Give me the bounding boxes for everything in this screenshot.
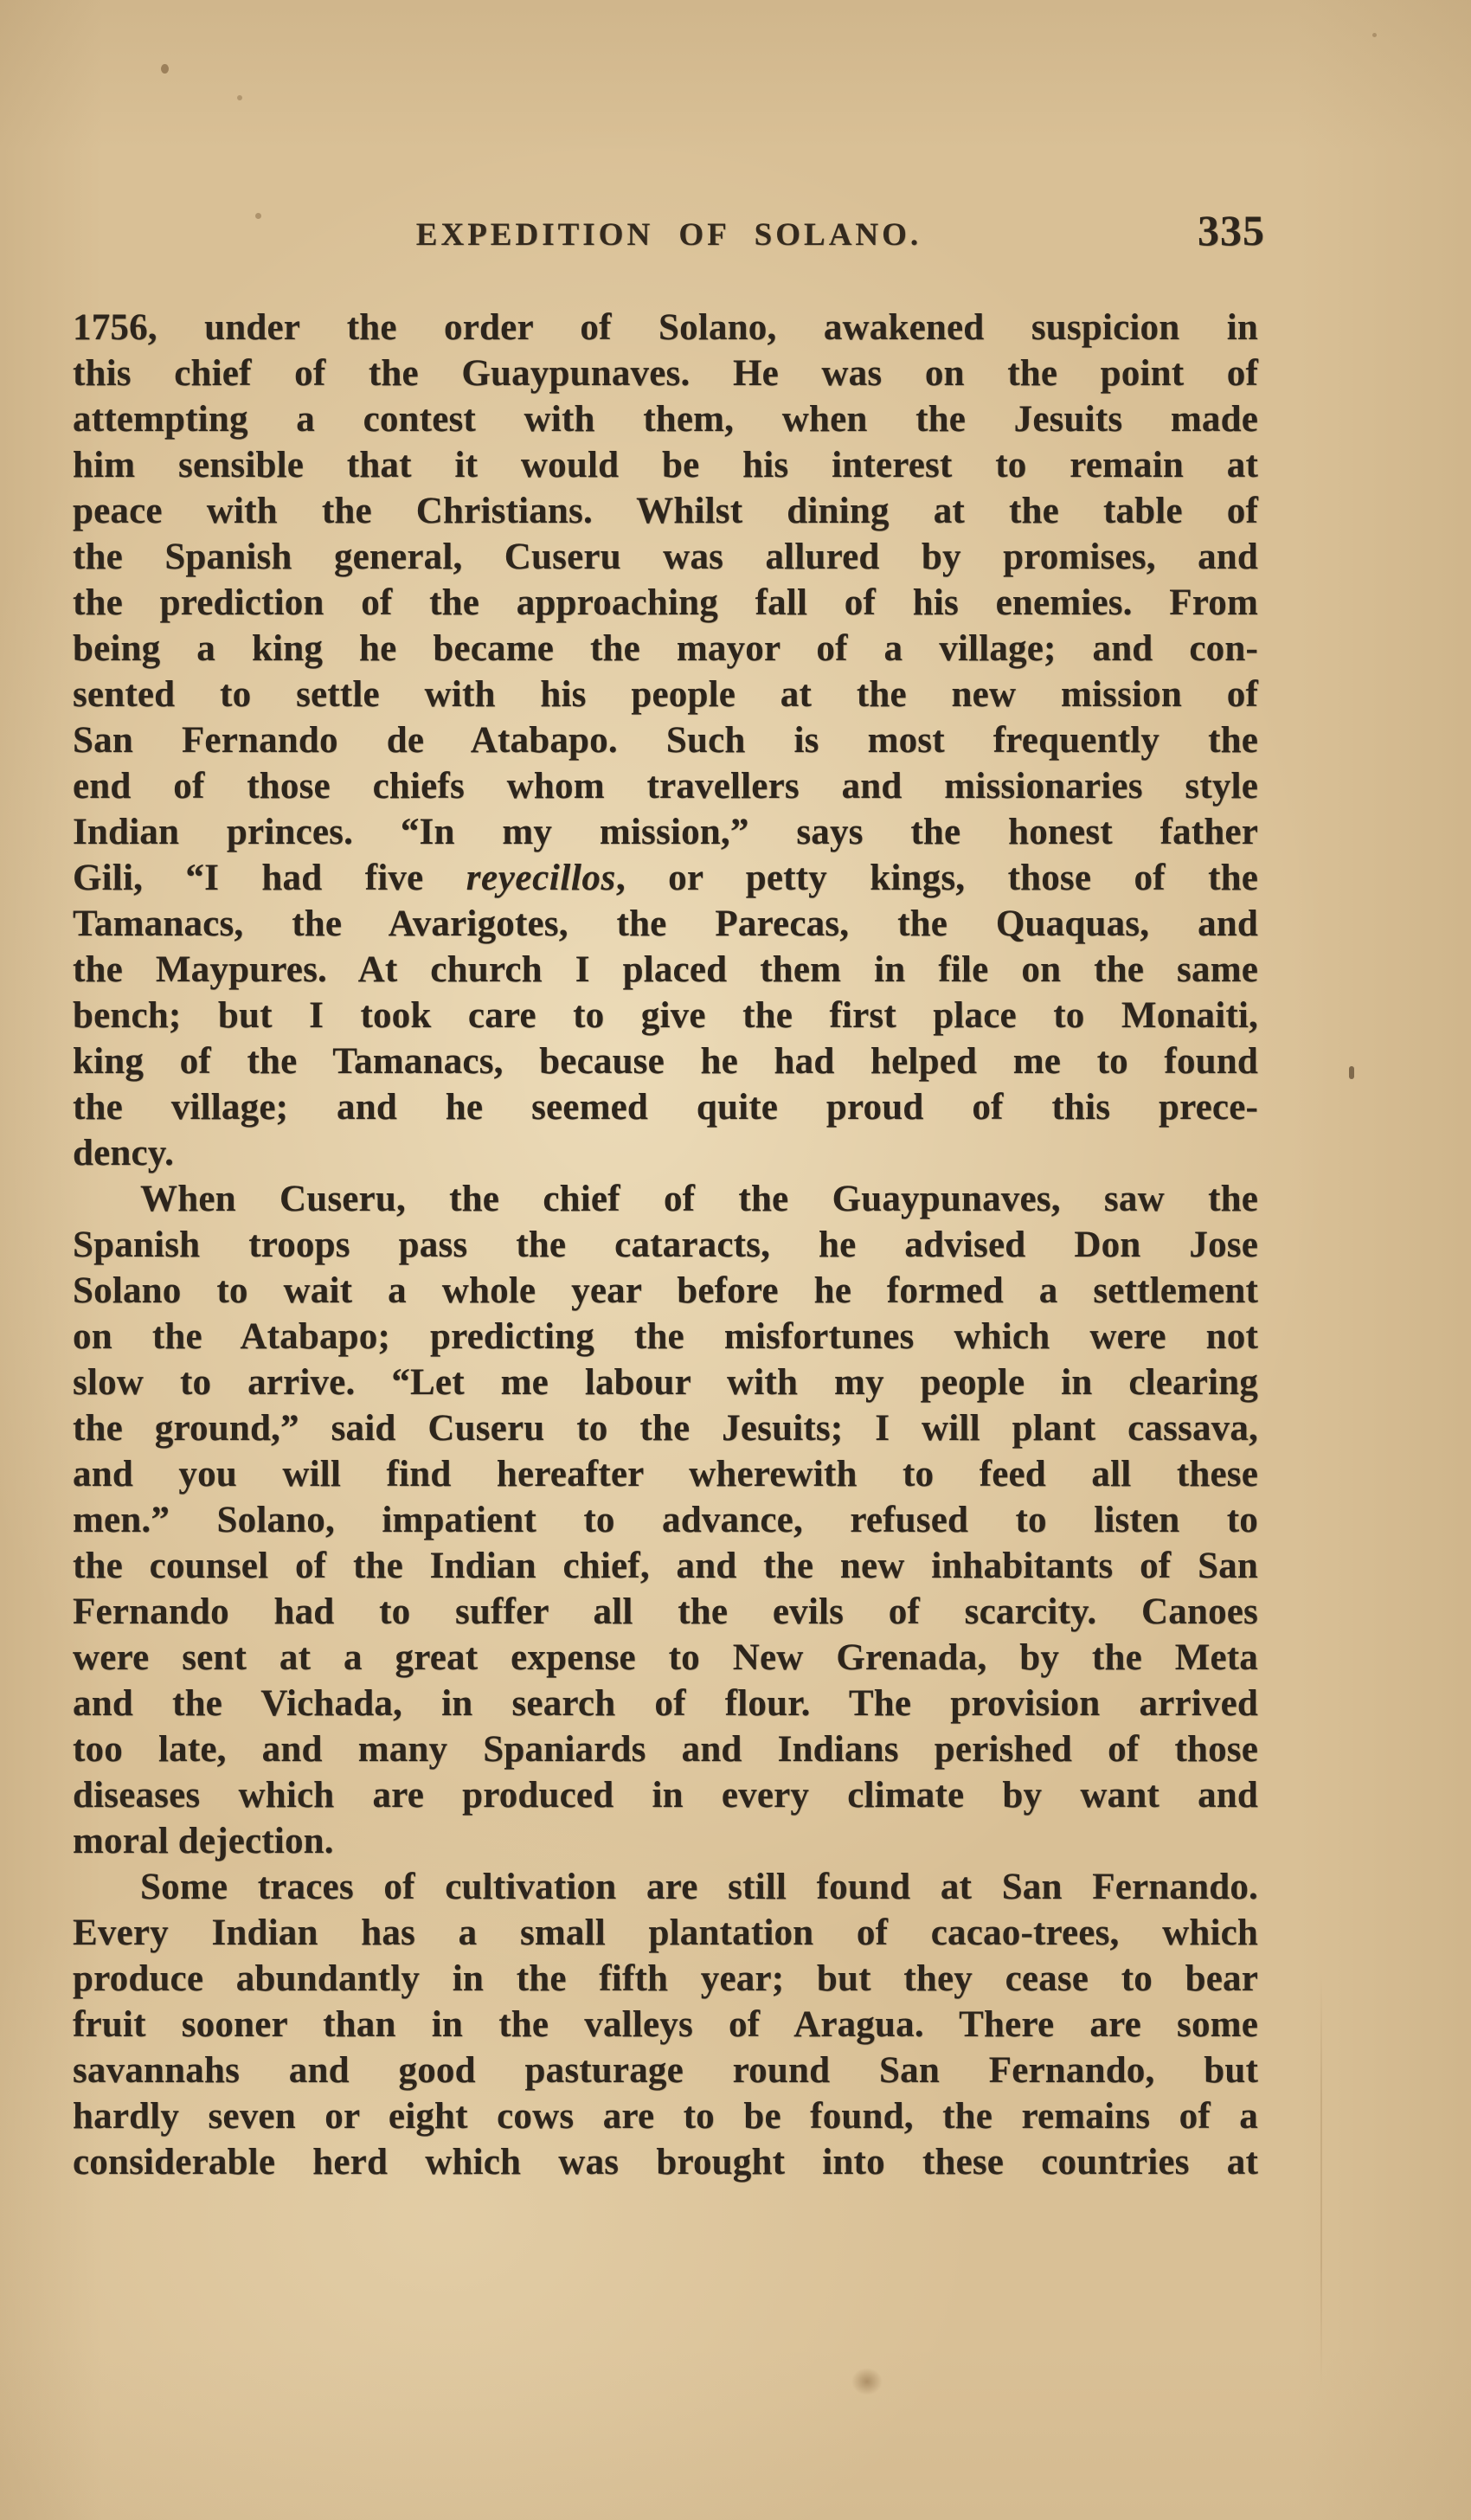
- text-line: the village; and he seemed quite proud o…: [73, 1084, 1258, 1130]
- text-line: end of those chiefs whom travellers and …: [73, 763, 1258, 809]
- text-line: fruit sooner than in the valleys of Arag…: [73, 2002, 1258, 2047]
- text-line: too late, and many Spaniards and Indians…: [73, 1726, 1258, 1772]
- paragraph: Some traces of cultivation are still fou…: [73, 1864, 1258, 2185]
- paper-speck: [161, 64, 169, 74]
- text-line: being a king he became the mayor of a vi…: [73, 626, 1258, 672]
- text-line: attempting a contest with them, when the…: [73, 396, 1258, 442]
- paper-speck: [255, 213, 261, 219]
- text-line: sented to settle with his people at the …: [73, 672, 1258, 717]
- text-line: bench; but I took care to give the first…: [73, 993, 1258, 1038]
- text-line: the Spanish general, Cuseru was allured …: [73, 534, 1258, 580]
- text-line: the prediction of the approaching fall o…: [73, 580, 1258, 626]
- text-line: this chief of the Guaypunaves. He was on…: [73, 350, 1258, 396]
- text-line: Tamanacs, the Avarigotes, the Parecas, t…: [73, 901, 1258, 947]
- text-line: men.” Solano, impatient to advance, refu…: [73, 1497, 1258, 1543]
- text-line: dency.: [73, 1130, 1258, 1176]
- text-line: 1756, under the order of Solano, awakene…: [73, 305, 1258, 350]
- text-line: savannahs and good pasturage round San F…: [73, 2047, 1258, 2093]
- text-line: produce abundantly in the fifth year; bu…: [73, 1956, 1258, 2002]
- text-line: Solano to wait a whole year before he fo…: [73, 1268, 1258, 1314]
- text-line: considerable herd which was brought into…: [73, 2139, 1258, 2185]
- paper-speck: [1349, 1066, 1354, 1079]
- text-line: Indian princes. “In my mission,” says th…: [73, 809, 1258, 855]
- text-line: and the Vichada, in search of flour. The…: [73, 1681, 1258, 1726]
- text-line: the Maypures. At church I placed them in…: [73, 947, 1258, 993]
- text-line: were sent at a great expense to New Gren…: [73, 1635, 1258, 1681]
- text-line: the ground,” said Cuseru to the Jesuits;…: [73, 1405, 1258, 1451]
- text-line: peace with the Christians. Whilst dining…: [73, 488, 1258, 534]
- page-body: 1756, under the order of Solano, awakene…: [73, 305, 1258, 2185]
- text-line: and you will find hereafter wherewith to…: [73, 1451, 1258, 1497]
- text-line: Fernando had to suffer all the evils of …: [73, 1589, 1258, 1635]
- paper-speck: [1372, 33, 1377, 37]
- text-line: hardly seven or eight cows are to be fou…: [73, 2093, 1258, 2139]
- paper-speck: [237, 95, 242, 100]
- text-line: Some traces of cultivation are still fou…: [73, 1864, 1258, 1910]
- text-line: Spanish troops pass the cataracts, he ad…: [73, 1222, 1258, 1268]
- text-line: king of the Tamanacs, because he had hel…: [73, 1038, 1258, 1084]
- text-line: him sensible that it would be his intere…: [73, 442, 1258, 488]
- text-line: the counsel of the Indian chief, and the…: [73, 1543, 1258, 1589]
- text-line: moral dejection.: [73, 1818, 1258, 1864]
- paper-smudge: [851, 2368, 883, 2395]
- text-line: Gili, “I had five reyecillos, or petty k…: [73, 855, 1258, 901]
- paragraph: 1756, under the order of Solano, awakene…: [73, 305, 1258, 1176]
- text-line: When Cuseru, the chief of the Guaypunave…: [73, 1176, 1258, 1222]
- text-line: San Fernando de Atabapo. Such is most fr…: [73, 717, 1258, 763]
- paragraph: When Cuseru, the chief of the Guaypunave…: [73, 1176, 1258, 1864]
- text-line: on the Atabapo; predicting the misfortun…: [73, 1314, 1258, 1360]
- paper-crease: [1320, 1973, 1322, 2388]
- text-line: diseases which are produced in every cli…: [73, 1772, 1258, 1818]
- page-header: EXPEDITION OF SOLANO. 335: [73, 213, 1265, 265]
- text-line: Every Indian has a small plantation of c…: [73, 1910, 1258, 1956]
- running-title: EXPEDITION OF SOLANO.: [73, 218, 1265, 253]
- page-number: 335: [1198, 207, 1265, 254]
- book-page: EXPEDITION OF SOLANO. 335 1756, under th…: [0, 0, 1471, 2520]
- text-line: slow to arrive. “Let me labour with my p…: [73, 1360, 1258, 1405]
